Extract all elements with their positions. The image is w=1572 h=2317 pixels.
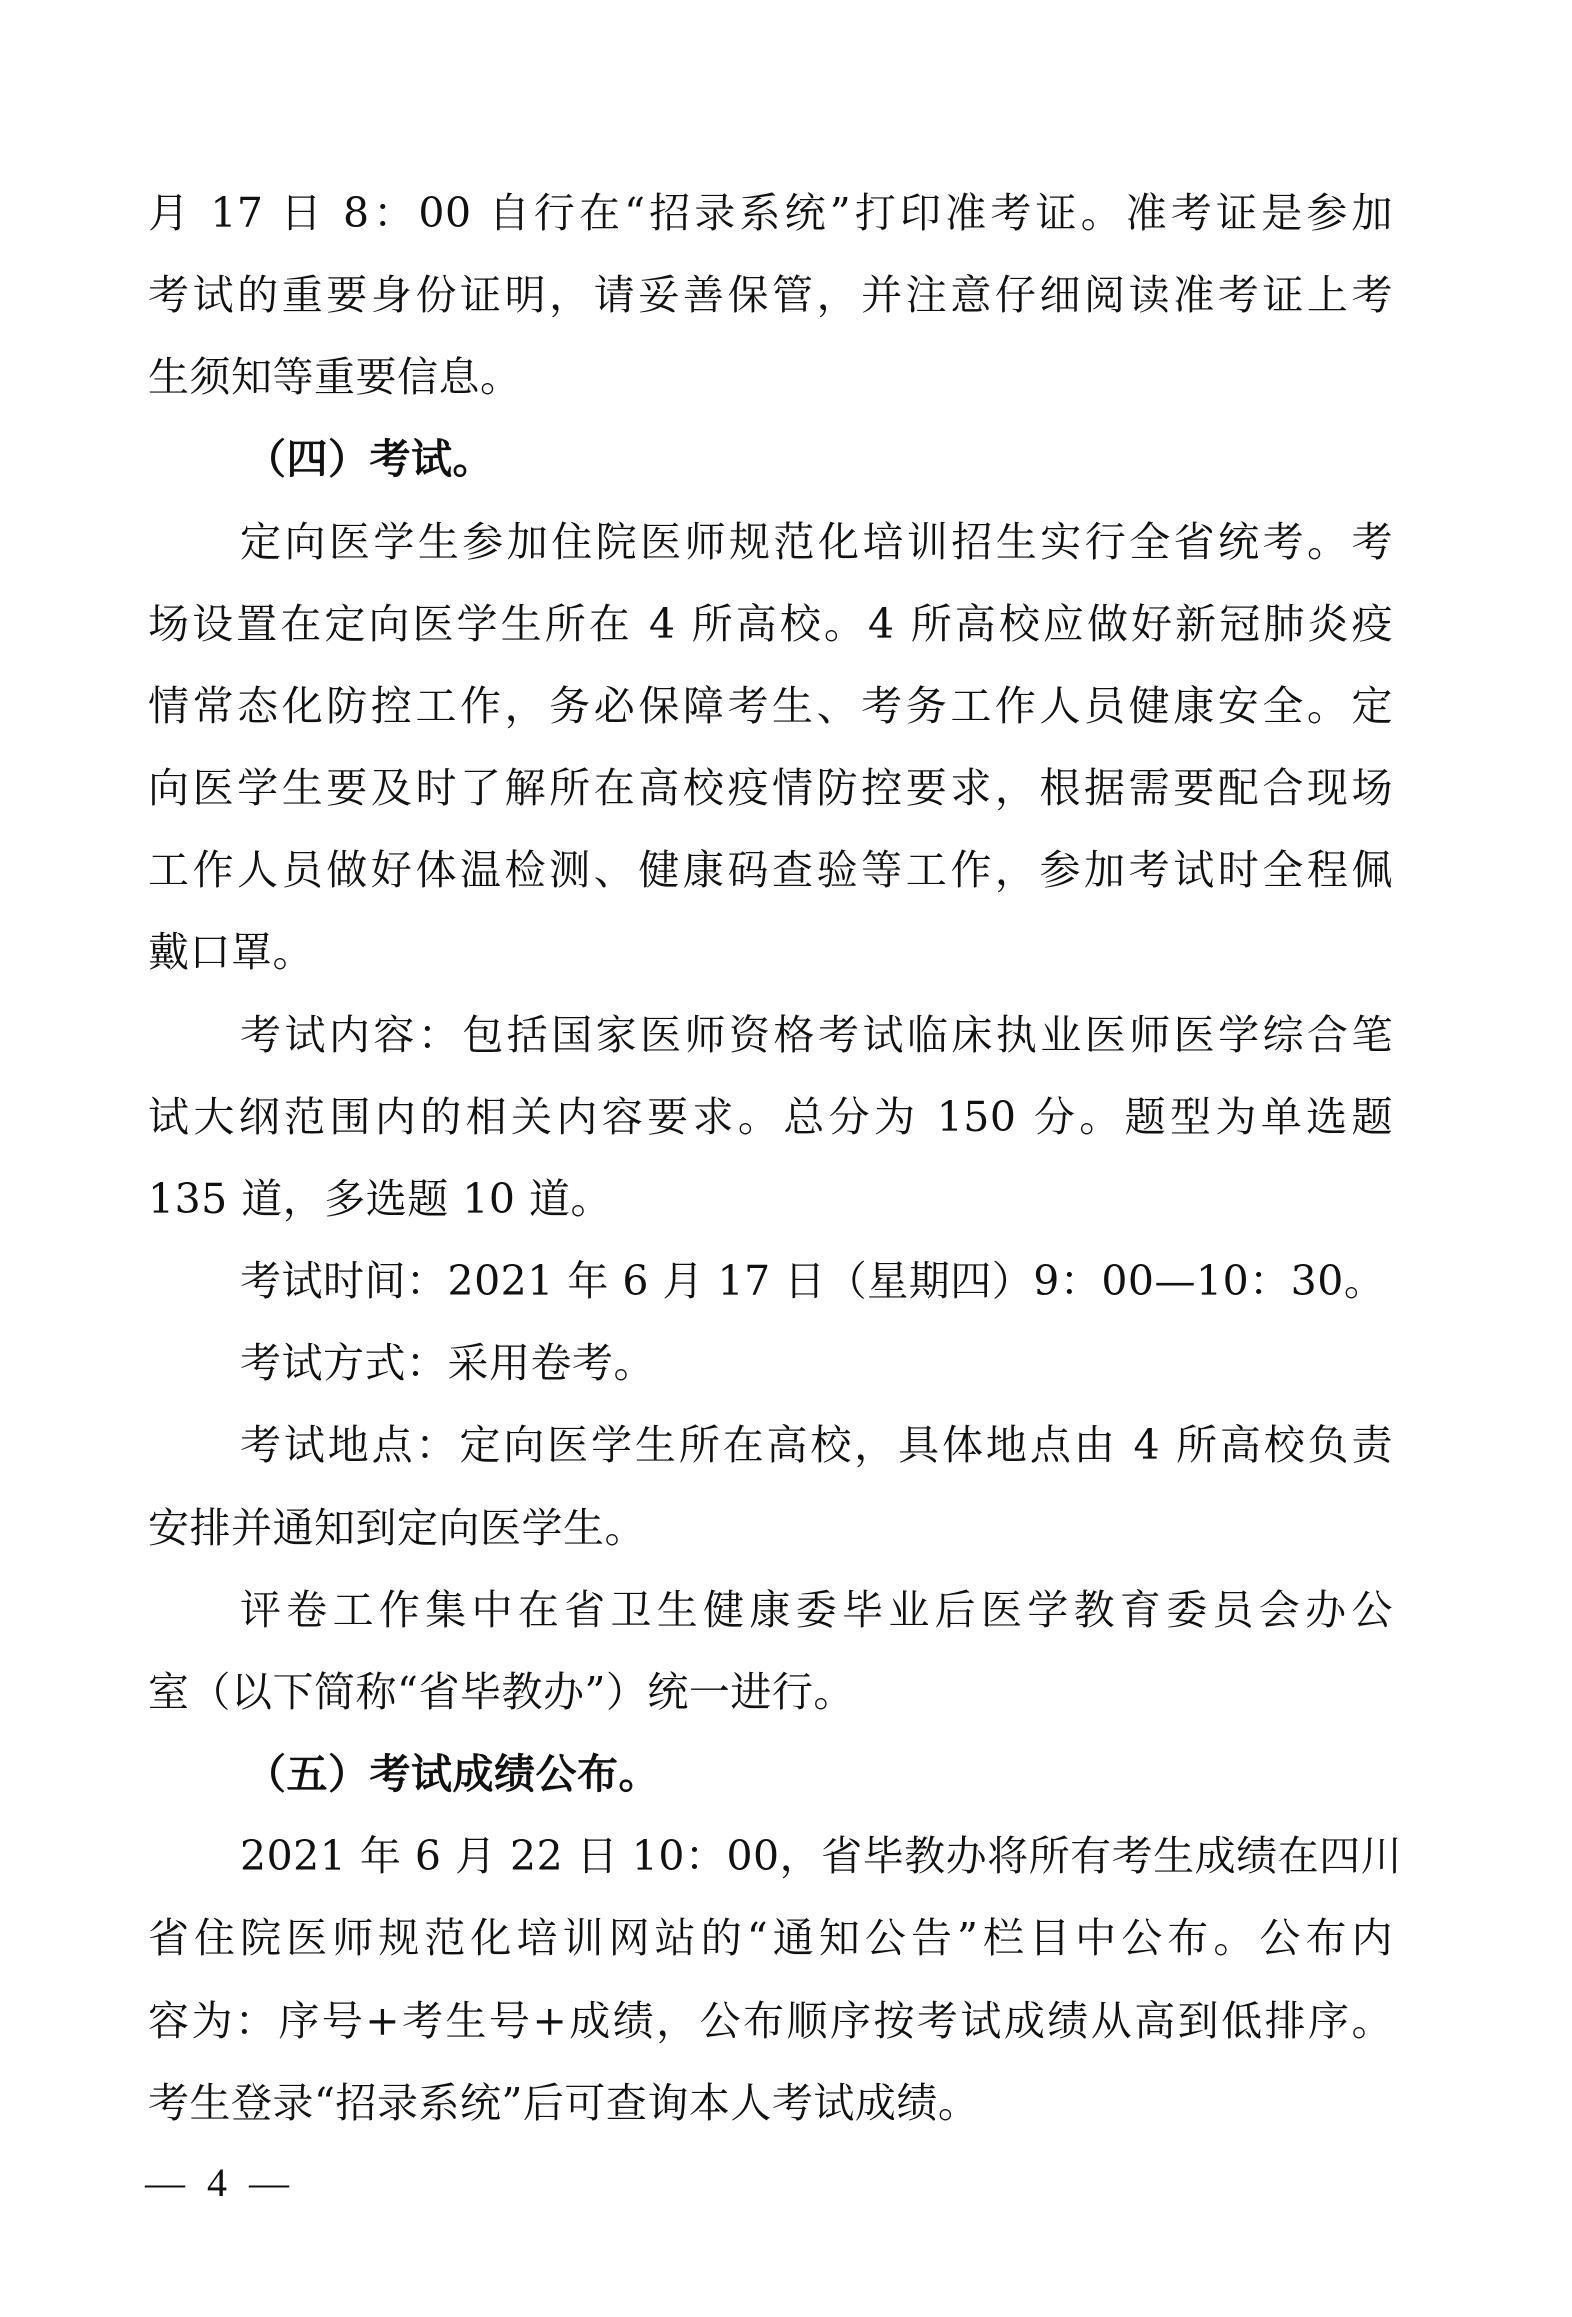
body-line: 考生登录“招录系统”后可查询本人考试成绩。 <box>148 2062 1393 2144</box>
section-heading-results: （五）考试成绩公布。 <box>245 1733 660 1815</box>
body-line: 2021 年 6 月 22 日 10：00，省毕教办将所有考生成绩在四川 <box>240 1815 1393 1897</box>
body-line: 场设置在定向医学生所在 4 所高校。4 所高校应做好新冠肺炎疫 <box>148 583 1393 665</box>
exam-location-line: 考试地点：定向医学生所在高校，具体地点由 4 所高校负责 <box>240 1404 1393 1486</box>
exam-method-line: 考试方式：采用卷考。 <box>240 1322 1393 1404</box>
body-line: 评卷工作集中在省卫生健康委毕业后医学教育委员会办公 <box>240 1569 1393 1651</box>
body-line: 向医学生要及时了解所在高校疫情防控要求，根据需要配合现场 <box>148 747 1393 829</box>
document-page: 月 17 日 8：00 自行在“招录系统”打印准考证。准考证是参加 考试的重要身… <box>0 0 1572 2317</box>
page-number: — 4 — <box>145 2160 295 2206</box>
body-line: 工作人员做好体温检测、健康码查验等工作，参加考试时全程佩 <box>148 829 1393 911</box>
body-line: 月 17 日 8：00 自行在“招录系统”打印准考证。准考证是参加 <box>148 172 1393 254</box>
body-line: 情常态化防控工作，务必保障考生、考务工作人员健康安全。定 <box>148 665 1393 747</box>
body-line: 定向医学生参加住院医师规范化培训招生实行全省统考。考 <box>240 501 1393 583</box>
body-line: 试大纲范围内的相关内容要求。总分为 150 分。题型为单选题 <box>148 1076 1393 1158</box>
body-line: 考试内容：包括国家医师资格考试临床执业医师医学综合笔 <box>240 994 1393 1076</box>
body-line: 容为：序号+考生号+成绩，公布顺序按考试成绩从高到低排序。 <box>148 1980 1393 2062</box>
body-line: 省住院医师规范化培训网站的“通知公告”栏目中公布。公布内 <box>148 1897 1393 1979</box>
body-line: 135 道，多选题 10 道。 <box>148 1158 1393 1240</box>
exam-time-line: 考试时间：2021 年 6 月 17 日（星期四）9：00—10：30。 <box>240 1240 1393 1322</box>
body-line: 考试的重要身份证明，请妥善保管，并注意仔细阅读准考证上考 <box>148 254 1393 336</box>
body-line: 生须知等重要信息。 <box>148 336 1393 418</box>
body-line: 室（以下简称“省毕教办”）统一进行。 <box>148 1651 1393 1733</box>
body-line: 戴口罩。 <box>148 911 1393 993</box>
body-line: 安排并通知到定向医学生。 <box>148 1487 1393 1569</box>
section-heading-exam: （四）考试。 <box>245 418 494 500</box>
